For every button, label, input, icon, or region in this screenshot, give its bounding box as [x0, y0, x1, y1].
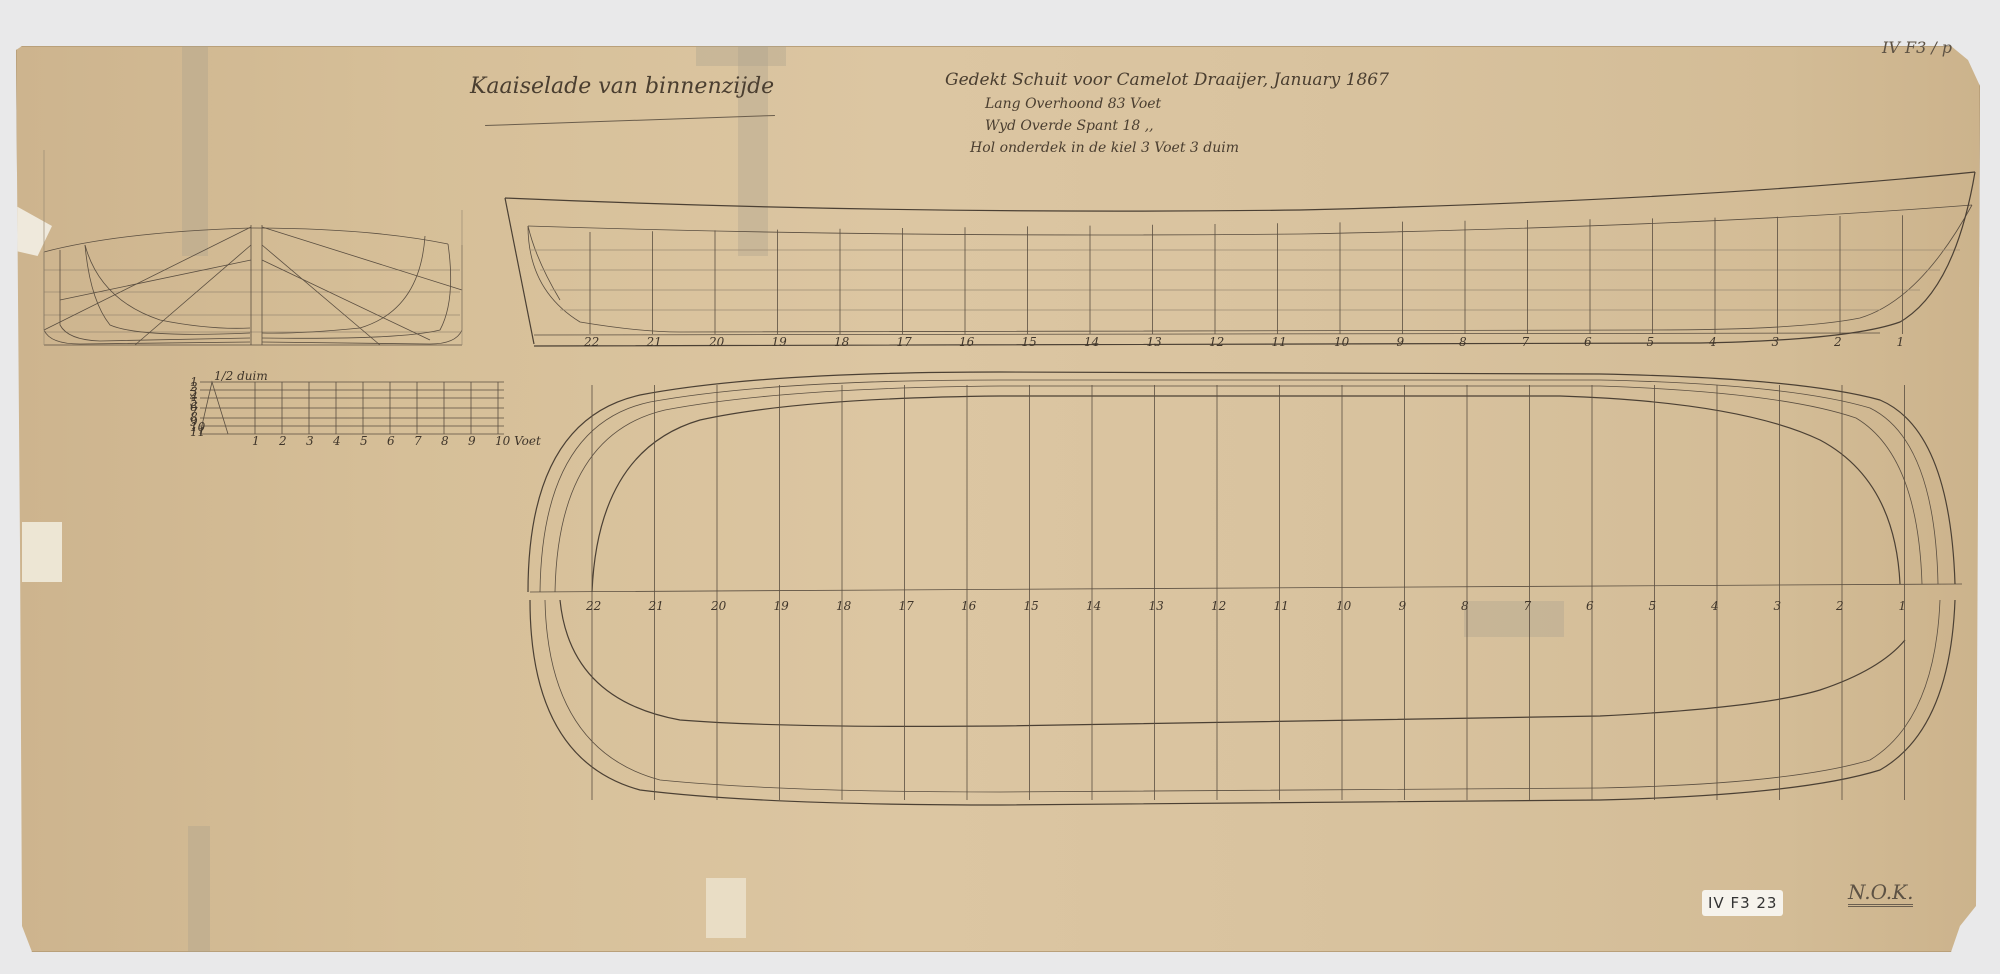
station-label: 12	[1211, 599, 1226, 613]
station-label: 20	[710, 599, 727, 613]
station-label: 22	[585, 599, 601, 613]
station-label: 5	[1647, 335, 1655, 349]
scale-tick-label: 8	[441, 434, 449, 448]
scale-tick-label: 5	[360, 434, 368, 448]
sheet-title: Kaaiselade van binnenzijde	[470, 74, 774, 99]
station-label: 5	[1649, 599, 1657, 613]
station-label: 18	[836, 599, 852, 613]
plan-title: Gedekt Schuit voor Camelot Draaijer, Jan…	[945, 70, 1389, 90]
station-label: 22	[583, 335, 599, 349]
station-label: 6	[1586, 599, 1594, 613]
catalog-label: IV F3 23	[1702, 890, 1783, 916]
station-label: 15	[1022, 335, 1037, 349]
station-label: 6	[1584, 335, 1592, 349]
station-label: 16	[959, 335, 975, 349]
station-label: 11	[1274, 599, 1289, 613]
scale-tick-label: 2	[278, 434, 287, 448]
scale-tick-label: 9	[468, 434, 476, 448]
station-label: 19	[772, 335, 788, 349]
station-label: 13	[1147, 335, 1163, 349]
station-label: 11	[1272, 335, 1287, 349]
archive-mark-bottom-right: N.O.K.	[1848, 880, 1913, 907]
dimension-length: Lang Overhoond 83 Voet	[985, 96, 1161, 112]
station-label: 9	[1397, 335, 1405, 349]
station-label: 18	[834, 335, 850, 349]
station-label: 2	[1835, 599, 1844, 613]
station-label: 4	[1710, 599, 1719, 613]
station-label: 4	[1708, 335, 1717, 349]
scale-tick-label: 3	[306, 434, 314, 448]
station-label: 8	[1461, 599, 1469, 613]
dimension-depth: Hol onderdek in de kiel 3 Voet 3 duim	[970, 140, 1239, 156]
station-label: 10	[1336, 599, 1352, 613]
station-label: 9	[1399, 599, 1407, 613]
station-label: 10	[1334, 335, 1350, 349]
station-label: 12	[1209, 335, 1224, 349]
scale-left-label: 1	[190, 375, 198, 389]
station-label: 8	[1459, 335, 1467, 349]
station-label: 16	[961, 599, 977, 613]
station-label: 7	[1524, 599, 1532, 613]
body-plan	[44, 150, 462, 345]
station-label: 17	[899, 599, 915, 613]
scale-header: 1/2 duim	[214, 369, 268, 383]
scale-tick-label: 4	[332, 434, 341, 448]
archive-mark-top-right: IV F3 / p	[1882, 38, 1952, 57]
station-label: 7	[1522, 335, 1530, 349]
station-label: 14	[1084, 335, 1099, 349]
station-label: 21	[648, 599, 664, 613]
station-label: 21	[646, 335, 662, 349]
station-label: 1	[1897, 335, 1905, 349]
dimension-width: Wyd Overde Spant 18 ,,	[985, 118, 1154, 134]
station-label: 20	[708, 335, 725, 349]
station-label: 3	[1774, 599, 1782, 613]
station-label: 19	[774, 599, 790, 613]
station-label: 13	[1149, 599, 1165, 613]
station-label: 3	[1772, 335, 1780, 349]
station-label: 17	[897, 335, 913, 349]
plan-view: 22212019181716151413121110987654321	[528, 372, 1962, 805]
station-label: 1	[1899, 599, 1907, 613]
scale-tick-label: 7	[414, 434, 422, 448]
station-label: 15	[1024, 599, 1039, 613]
profile-view: 22212019181716151413121110987654321	[505, 172, 1975, 349]
station-label: 2	[1833, 335, 1842, 349]
scale-tick-label: 6	[387, 434, 395, 448]
station-label: 14	[1086, 599, 1101, 613]
scale-tick-label: 1	[252, 434, 260, 448]
scale-tick-label: 10 Voet	[495, 434, 541, 448]
scale-bar: 12345678910 Voet1/2 duim1110987654321	[189, 369, 541, 448]
